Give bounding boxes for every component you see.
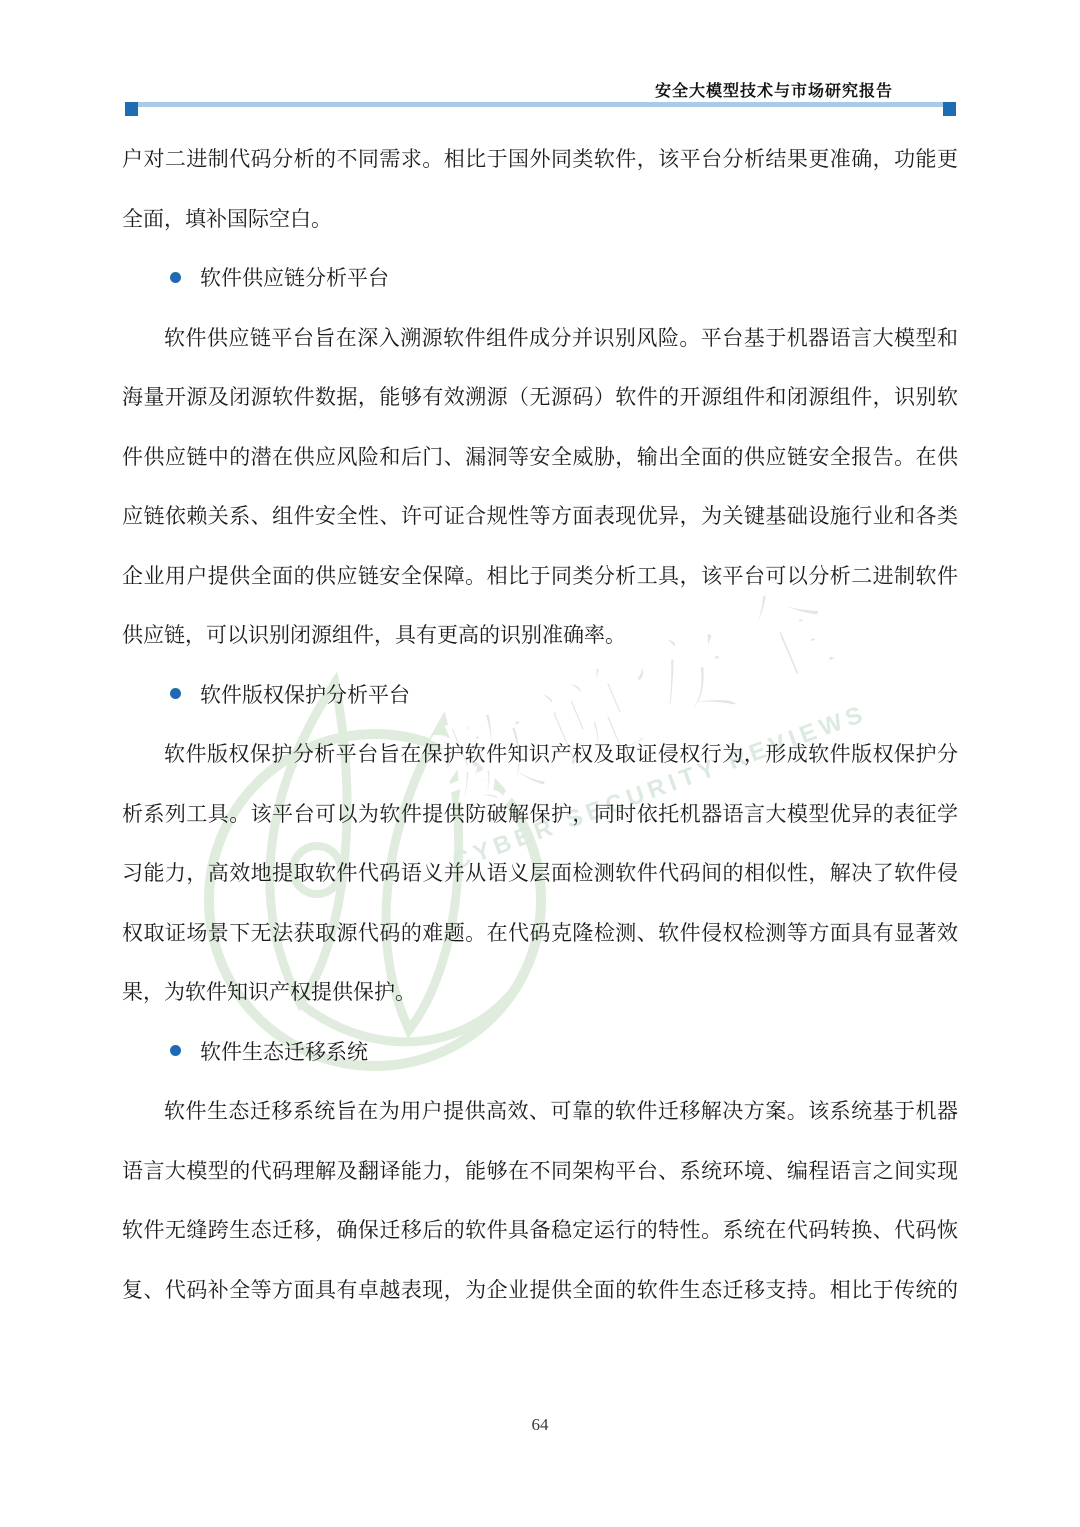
body-line: 析系列工具。该平台可以为软件提供防破解保护，同时依托机器语言大模型优异的表征学 [122,785,958,845]
header-rule-line [125,102,956,107]
body-text: 户对二进制代码分析的不同需求。相比于国外同类软件，该平台分析结果更准确，功能更全… [122,130,958,1320]
body-line: 软件无缝跨生态迁移，确保迁移后的软件具备稳定运行的特性。系统在代码转换、代码恢 [122,1201,958,1261]
bullet-dot-icon [170,688,181,699]
header-rule-right-square-icon [943,102,956,116]
bullet-item: 软件生态迁移系统 [122,1023,958,1083]
body-line: 软件供应链平台旨在深入溯源软件组件成分并识别风险。平台基于机器语言大模型和 [122,309,958,369]
body-line: 权取证场景下无法获取源代码的难题。在代码克隆检测、软件侵权检测等方面具有显著效 [122,904,958,964]
header-rule-left-square-icon [125,102,138,116]
bullet-item-label: 软件供应链分析平台 [200,267,389,290]
page-number: 64 [0,1415,1080,1435]
body-line: 件供应链中的潜在供应风险和后门、漏洞等安全威胁，输出全面的供应链安全报告。在供 [122,428,958,488]
document-page: 数说安全 CYBER SECURITY REVIEWS 安全大模型技术与市场研究… [0,0,1080,1527]
bullet-dot-icon [170,1045,181,1056]
bullet-item: 软件版权保护分析平台 [122,666,958,726]
body-line: 企业用户提供全面的供应链安全保障。相比于同类分析工具，该平台可以分析二进制软件 [122,547,958,607]
body-line: 海量开源及闭源软件数据，能够有效溯源（无源码）软件的开源组件和闭源组件，识别软 [122,368,958,428]
body-line: 果，为软件知识产权提供保护。 [122,963,958,1023]
body-line: 软件版权保护分析平台旨在保护软件知识产权及取证侵权行为，形成软件版权保护分 [122,725,958,785]
bullet-dot-icon [170,272,181,283]
body-line: 复、代码补全等方面具有卓越表现，为企业提供全面的软件生态迁移支持。相比于传统的 [122,1261,958,1321]
bullet-item-label: 软件生态迁移系统 [200,1041,368,1064]
body-line: 语言大模型的代码理解及翻译能力，能够在不同架构平台、系统环境、编程语言之间实现 [122,1142,958,1202]
bullet-item: 软件供应链分析平台 [122,249,958,309]
report-header-title: 安全大模型技术与市场研究报告 [655,78,893,101]
body-line: 全面，填补国际空白。 [122,190,958,250]
body-line: 户对二进制代码分析的不同需求。相比于国外同类软件，该平台分析结果更准确，功能更 [122,130,958,190]
bullet-item-label: 软件版权保护分析平台 [200,684,410,707]
body-line: 应链依赖关系、组件安全性、许可证合规性等方面表现优异，为关键基础设施行业和各类 [122,487,958,547]
body-line: 习能力，高效地提取软件代码语义并从语义层面检测软件代码间的相似性，解决了软件侵 [122,844,958,904]
body-line: 软件生态迁移系统旨在为用户提供高效、可靠的软件迁移解决方案。该系统基于机器 [122,1082,958,1142]
body-line: 供应链，可以识别闭源组件，具有更高的识别准确率。 [122,606,958,666]
